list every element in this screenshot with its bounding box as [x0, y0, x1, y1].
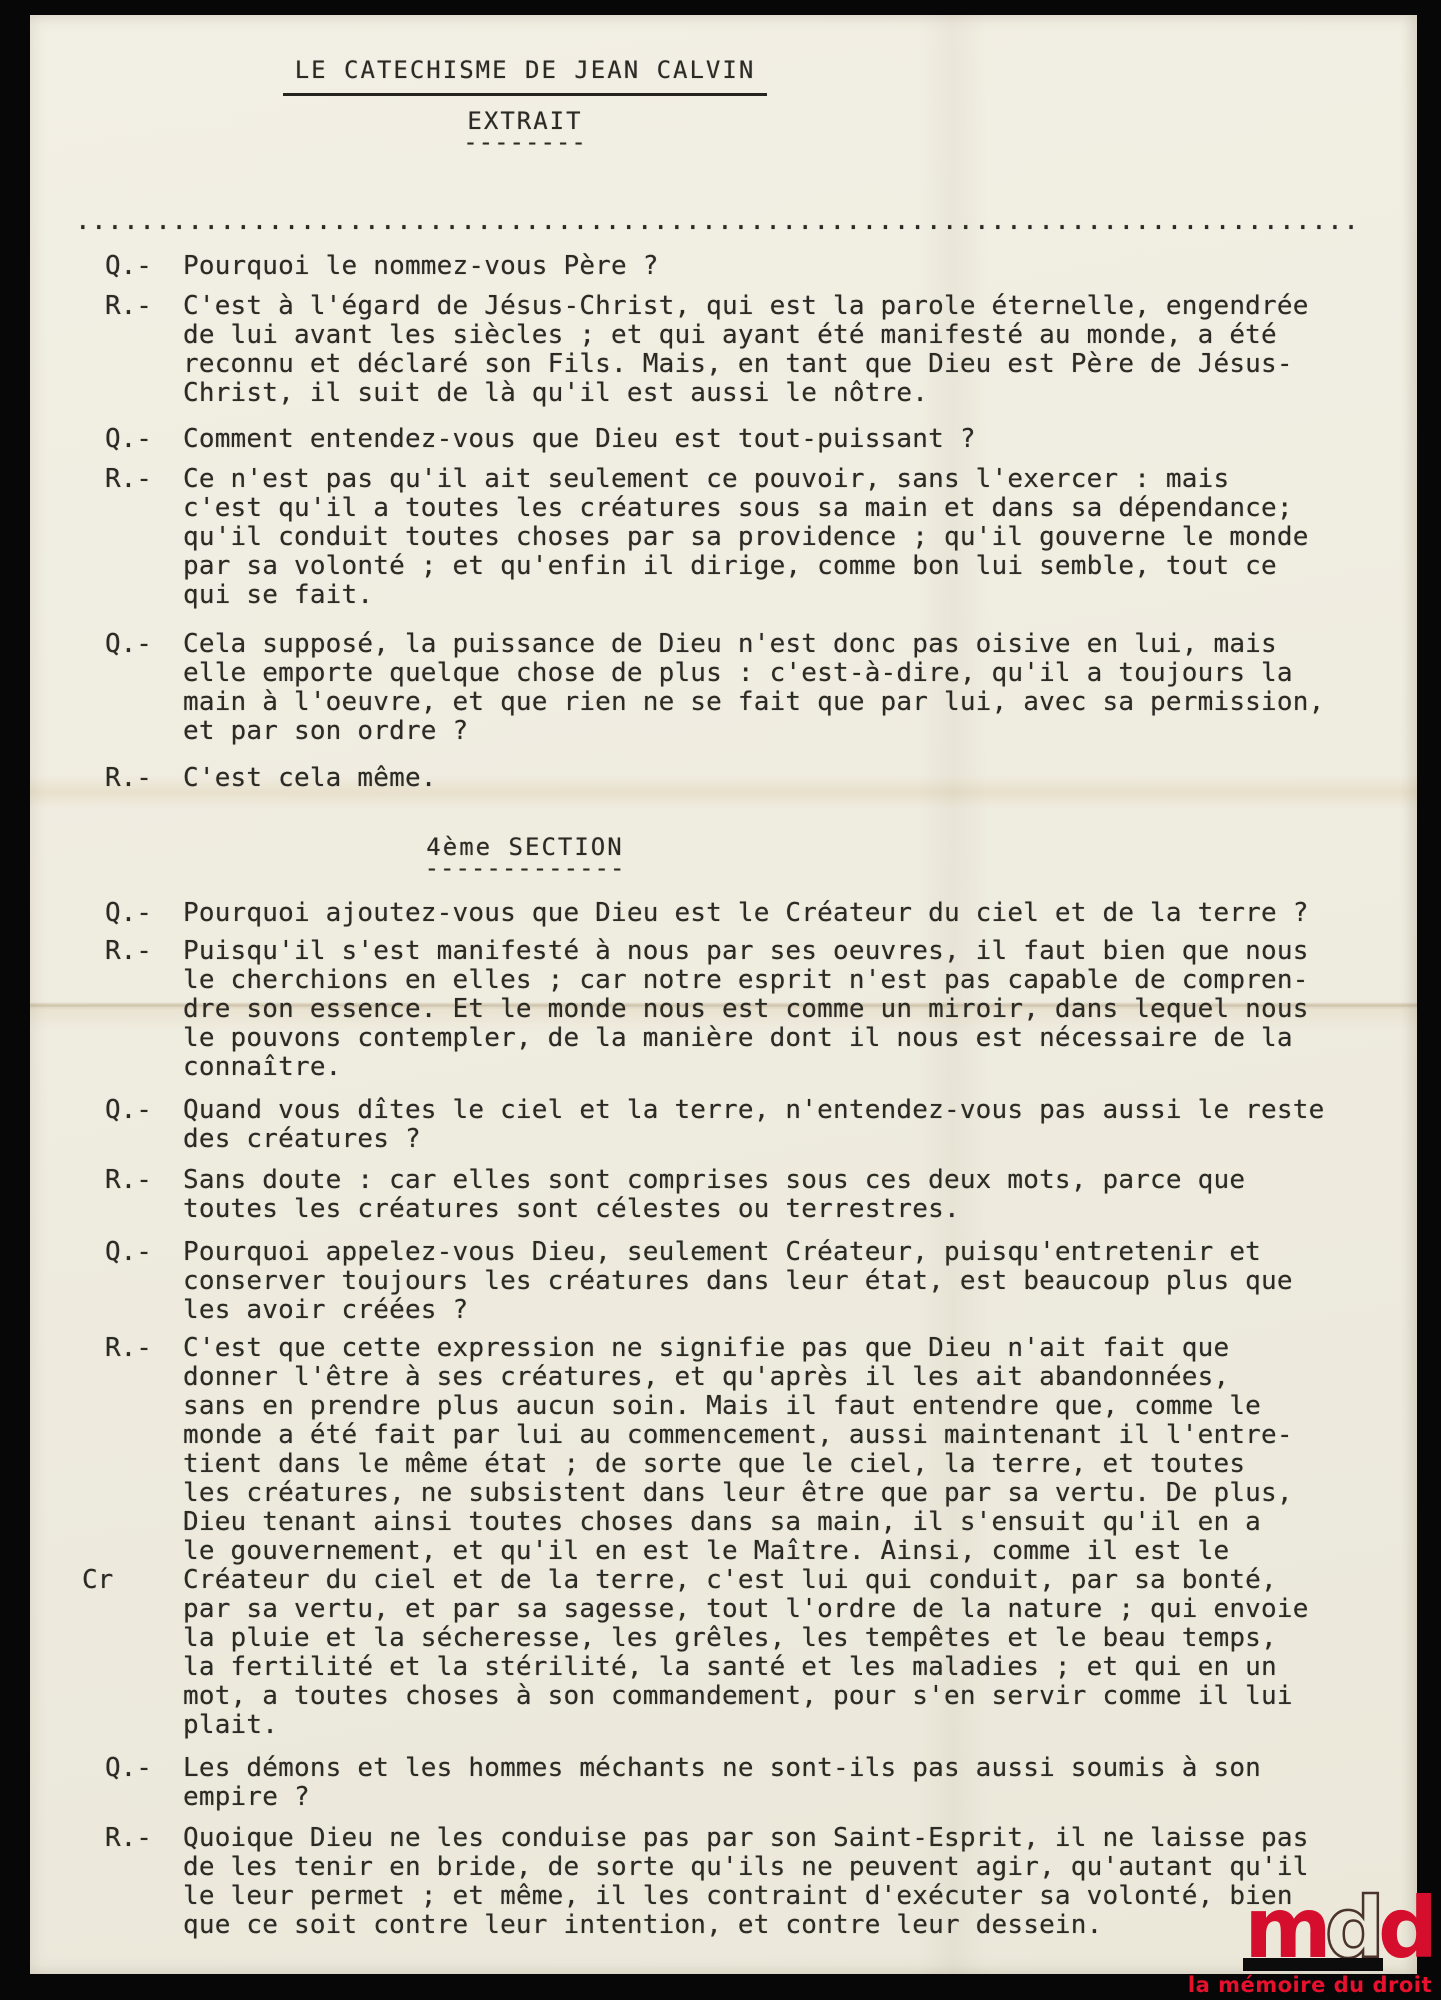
section-heading-underline: ------------- [85, 861, 965, 875]
question-label: Q.- [105, 899, 183, 928]
question-text: Pourquoi ajoutez-vous que Dieu est le Cr… [183, 899, 1309, 928]
scanned-document-page: { "header": { "title": "LE CATECHISME DE… [0, 0, 1441, 2000]
question-text: Les démons et les hommes méchants ne son… [183, 1754, 1261, 1812]
section-heading: 4ème SECTION ------------- [85, 833, 965, 875]
qa-question: Q.- Pourquoi ajoutez-vous que Dieu est l… [105, 899, 1387, 928]
question-text: Pourquoi le nommez-vous Père ? [183, 252, 659, 281]
answer-label: R.- [105, 764, 183, 793]
qa-answer: R.- C'est à l'égard de Jésus-Christ, qui… [105, 292, 1387, 408]
page-subtitle-underline: -------- [85, 135, 965, 149]
qa-answer: R.- Sans doute : car elles sont comprise… [105, 1166, 1387, 1224]
qa-answer: R.- Ce n'est pas qu'il ait seulement ce … [105, 465, 1387, 610]
answer-text: C'est que cette expression ne signifie p… [183, 1334, 1309, 1740]
answer-label: R.- [105, 292, 183, 408]
answer-label: R.- [105, 465, 183, 610]
qa-question: Q.- Pourquoi le nommez-vous Père ? [105, 252, 1387, 281]
qa-answer: R.- Quoique Dieu ne les conduise pas par… [105, 1824, 1387, 1940]
document-content: LE CATECHISME DE JEAN CALVIN EXTRAIT ---… [30, 15, 1417, 1974]
paper-sheet: LE CATECHISME DE JEAN CALVIN EXTRAIT ---… [30, 15, 1417, 1974]
qa-question: Q.- Quand vous dîtes le ciel et la terre… [105, 1096, 1387, 1154]
question-text: Quand vous dîtes le ciel et la terre, n'… [183, 1096, 1324, 1154]
question-text: Pourquoi appelez-vous Dieu, seulement Cr… [183, 1238, 1293, 1325]
answer-text: Ce n'est pas qu'il ait seulement ce pouv… [183, 465, 1309, 610]
answer-text: C'est à l'égard de Jésus-Christ, qui est… [183, 292, 1309, 408]
answer-text: Puisqu'il s'est manifesté à nous par ses… [183, 937, 1309, 1082]
question-label: Q.- [105, 252, 183, 281]
answer-text: Sans doute : car elles sont comprises so… [183, 1166, 1245, 1224]
qa-answer: R.- C'est cela même. [105, 764, 1387, 793]
question-label: Q.- [105, 1238, 183, 1325]
answer-text: C'est cela même. [183, 764, 437, 793]
qa-question: Q.- Comment entendez-vous que Dieu est t… [105, 425, 1387, 454]
question-label: Q.- [105, 425, 183, 454]
dotted-separator: ........................................… [75, 207, 1387, 236]
qa-answer: R.- Puisqu'il s'est manifesté à nous par… [105, 937, 1387, 1082]
answer-text: Quoique Dieu ne les conduise pas par son… [183, 1824, 1309, 1940]
question-label: Q.- [105, 1754, 183, 1812]
question-text: Comment entendez-vous que Dieu est tout-… [183, 425, 976, 454]
mdd-logo-letter-d: d [1378, 1879, 1431, 1977]
answer-label: R.- [105, 1334, 183, 1740]
question-text: Cela supposé, la puissance de Dieu n'est… [183, 630, 1324, 746]
page-title-text: LE CATECHISME DE JEAN CALVIN [283, 56, 768, 96]
question-label: Q.- [105, 630, 183, 746]
answer-label: R.- [105, 937, 183, 1082]
margin-note: Cr [82, 1566, 113, 1595]
page-subtitle: EXTRAIT -------- [85, 107, 965, 149]
qa-answer: Cr R.- C'est que cette expression ne sig… [105, 1334, 1387, 1740]
mdd-logo-tagline: la mémoire du droit [1188, 1973, 1432, 1997]
question-label: Q.- [105, 1096, 183, 1154]
answer-label: R.- [105, 1824, 183, 1940]
qa-question: Q.- Les démons et les hommes méchants ne… [105, 1754, 1387, 1812]
page-title: LE CATECHISME DE JEAN CALVIN [85, 55, 965, 85]
qa-question: Q.- Cela supposé, la puissance de Dieu n… [105, 630, 1387, 746]
qa-question: Q.- Pourquoi appelez-vous Dieu, seulemen… [105, 1238, 1387, 1325]
mdd-logo-bar [1243, 1958, 1383, 1971]
answer-label: R.- [105, 1166, 183, 1224]
